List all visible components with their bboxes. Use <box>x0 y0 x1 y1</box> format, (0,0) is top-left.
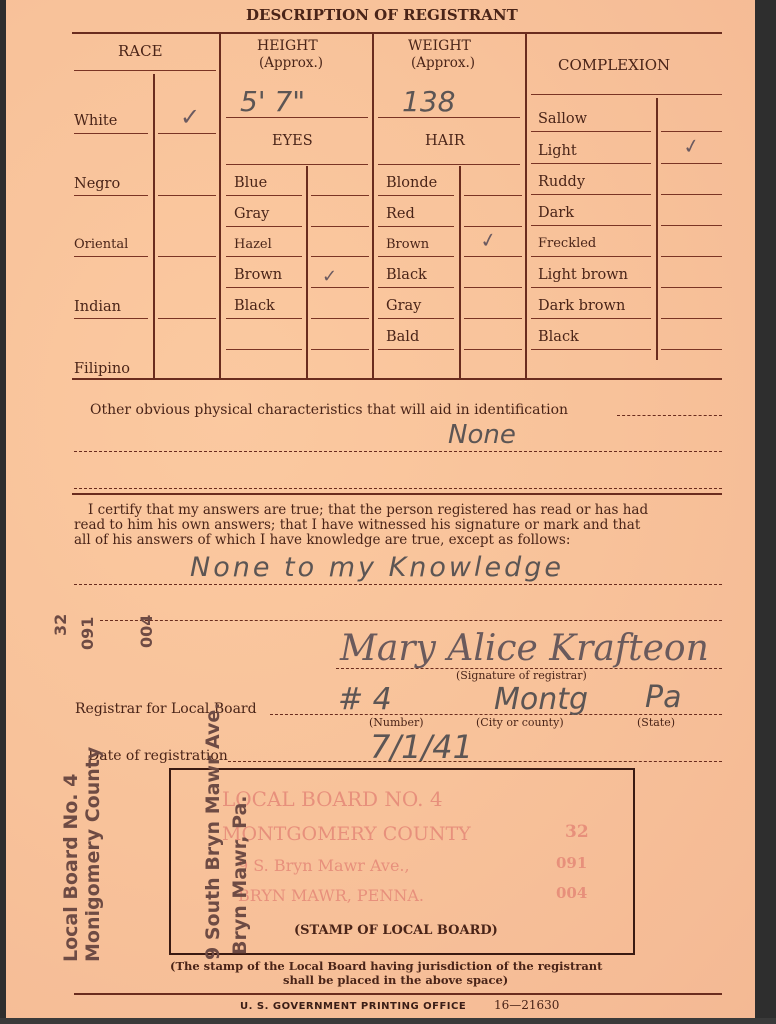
complexion-header: COMPLEXION <box>558 56 670 74</box>
footer-divider <box>74 993 722 995</box>
side-stamp-code-2: 091 <box>78 617 97 650</box>
stamp-line-board: LOCAL BOARD NO. 4 <box>222 787 443 811</box>
grid-line <box>464 287 522 288</box>
fill-line <box>74 451 722 452</box>
grid-line <box>378 256 454 257</box>
signature-caption: (Signature of registrar) <box>456 669 587 682</box>
certification-text-line3: all of his answers of which I have knowl… <box>74 532 570 548</box>
board-number-value[interactable]: # 4 <box>338 682 392 717</box>
grid-line <box>311 318 369 319</box>
grid-line <box>306 166 308 379</box>
race-option-negro: Negro <box>74 176 120 192</box>
grid-line <box>226 287 302 288</box>
grid-line <box>464 349 522 350</box>
eyes-option-hazel: Hazel <box>234 237 272 252</box>
stamp-code-1: 32 <box>565 822 589 842</box>
grid-line <box>311 256 369 257</box>
grid-line <box>311 195 369 196</box>
eyes-option-gray: Gray <box>234 206 269 222</box>
certification-text-line1: I certify that my answers are true; that… <box>88 502 648 518</box>
hair-header: HAIR <box>425 133 465 149</box>
grid-line <box>464 318 522 319</box>
complexion-option-dark-brown: Dark brown <box>538 298 625 314</box>
divider <box>72 32 722 34</box>
grid-line <box>74 133 148 134</box>
stamp-line-city: BRYN MAWR, PENNA. <box>238 886 424 905</box>
grid-line <box>226 226 302 227</box>
grid-line <box>226 195 302 196</box>
race-header: RACE <box>118 42 163 60</box>
grid-line <box>656 98 658 360</box>
grid-line <box>311 226 369 227</box>
grid-line <box>158 195 216 196</box>
race-option-filipino: Filipino <box>74 361 130 377</box>
hair-option-brown: Brown <box>386 237 429 252</box>
hair-option-gray: Gray <box>386 298 421 314</box>
complexion-option-ruddy: Ruddy <box>538 174 585 190</box>
grid-line <box>531 94 722 95</box>
complexion-option-dark: Dark <box>538 205 574 221</box>
grid-line <box>226 164 368 165</box>
grid-line <box>464 195 522 196</box>
side-stamp-city: Bryn Mawr, Pa. <box>229 795 251 955</box>
grid-line <box>661 349 722 350</box>
side-stamp-local-board: Local Board No. 4 <box>60 774 82 962</box>
grid-line <box>158 133 216 134</box>
fill-line <box>74 488 722 489</box>
hair-option-blonde: Blonde <box>386 175 437 191</box>
hair-option-bald: Bald <box>386 329 419 345</box>
race-option-oriental: Oriental <box>74 237 128 252</box>
complexion-option-light: Light <box>538 143 577 159</box>
grid-line <box>226 256 302 257</box>
grid-line <box>531 256 651 257</box>
race-option-indian: Indian <box>74 299 121 315</box>
hair-option-red: Red <box>386 206 415 222</box>
side-stamp-county: Monigomery County <box>82 747 104 962</box>
hair-option-black: Black <box>386 267 427 283</box>
fill-line <box>228 761 722 762</box>
grid-line <box>74 195 148 196</box>
height-subheader: (Approx.) <box>259 55 323 71</box>
side-stamp-code-3: 004 <box>137 615 156 648</box>
eyes-option-blue: Blue <box>234 175 267 191</box>
fill-line <box>100 620 722 621</box>
complexion-option-freckled: Freckled <box>538 236 596 251</box>
grid-line <box>158 318 216 319</box>
grid-line <box>226 318 302 319</box>
grid-line <box>74 70 216 71</box>
grid-line <box>153 74 155 379</box>
grid-line <box>661 256 722 257</box>
side-stamp-address: 9 South Bryn Mawr Ave. <box>202 703 224 960</box>
weight-subheader: (Approx.) <box>411 55 475 71</box>
weight-value[interactable]: 138 <box>402 85 455 118</box>
grid-line <box>661 163 722 164</box>
stamp-caption: (STAMP OF LOCAL BOARD) <box>294 923 498 938</box>
grid-line <box>378 318 454 319</box>
grid-line <box>661 194 722 195</box>
grid-line <box>531 163 651 164</box>
board-city-value[interactable]: Montg <box>494 682 588 717</box>
complexion-option-light-brown: Light brown <box>538 267 628 283</box>
board-state-value[interactable]: Pa <box>645 680 681 715</box>
grid-line <box>531 349 651 350</box>
grid-line <box>531 287 651 288</box>
grid-line <box>531 131 651 132</box>
side-stamp-code-1: 32 <box>51 614 70 636</box>
stamp-line-address: 9 S. Bryn Mawr Ave., <box>238 856 410 875</box>
divider <box>72 493 722 495</box>
eyes-brown-checkmark[interactable]: ✓ <box>322 266 337 287</box>
grid-line <box>378 195 454 196</box>
grid-line <box>525 34 527 379</box>
grid-line <box>531 194 651 195</box>
exceptions-value[interactable]: None to my Knowledge <box>190 552 564 583</box>
grid-line <box>378 164 520 165</box>
stamp-instruction-line2: shall be placed in the above space) <box>283 973 508 987</box>
registrar-label: Registrar for Local Board <box>75 701 257 717</box>
grid-line <box>158 256 216 257</box>
height-value[interactable]: 5' 7" <box>240 85 305 118</box>
stamp-line-county: MONTGOMERY COUNTY <box>222 823 471 845</box>
grid-line <box>661 318 722 319</box>
certification-text-line2: read to him his own answers; that I have… <box>74 517 640 533</box>
weight-header: WEIGHT <box>408 38 471 54</box>
fill-line <box>74 584 722 585</box>
scan-border <box>0 1018 776 1024</box>
race-option-white: White <box>74 113 117 129</box>
fill-line <box>617 415 722 416</box>
stamp-code-2: 091 <box>556 854 587 872</box>
registrar-signature[interactable]: Mary Alice Krafteon <box>340 628 709 669</box>
grid-line <box>378 349 454 350</box>
grid-line <box>661 287 722 288</box>
city-caption: (City or county) <box>476 716 564 729</box>
grid-line <box>311 287 369 288</box>
complexion-option-black: Black <box>538 329 579 345</box>
stamp-code-3: 004 <box>556 884 587 902</box>
printer-label: U. S. GOVERNMENT PRINTING OFFICE <box>240 1001 466 1012</box>
complexion-option-sallow: Sallow <box>538 111 587 127</box>
grid-line <box>219 34 221 379</box>
grid-line <box>311 349 369 350</box>
eyes-option-brown: Brown <box>234 267 282 283</box>
grid-line <box>531 318 651 319</box>
grid-line <box>226 349 302 350</box>
grid-line <box>372 34 374 379</box>
eyes-option-black: Black <box>234 298 275 314</box>
form-number: 16—21630 <box>494 998 559 1012</box>
form-title: DESCRIPTION OF REGISTRANT <box>246 6 518 24</box>
grid-line <box>74 256 148 257</box>
grid-line <box>459 166 461 379</box>
height-header: HEIGHT <box>257 38 318 54</box>
grid-line <box>74 318 148 319</box>
state-caption: (State) <box>637 716 675 729</box>
other-characteristics-value[interactable]: None <box>448 420 516 450</box>
grid-line <box>661 131 722 132</box>
table-bottom-border <box>72 378 722 380</box>
stamp-instruction-line1: (The stamp of the Local Board having jur… <box>170 959 602 973</box>
date-value[interactable]: 7/1/41 <box>370 728 473 766</box>
grid-line <box>378 226 454 227</box>
grid-line <box>378 287 454 288</box>
grid-line <box>464 256 522 257</box>
eyes-header: EYES <box>272 133 313 149</box>
other-characteristics-label: Other obvious physical characteristics t… <box>90 402 568 418</box>
race-white-checkmark[interactable]: ✓ <box>180 103 200 131</box>
grid-line <box>531 225 651 226</box>
grid-line <box>661 225 722 226</box>
